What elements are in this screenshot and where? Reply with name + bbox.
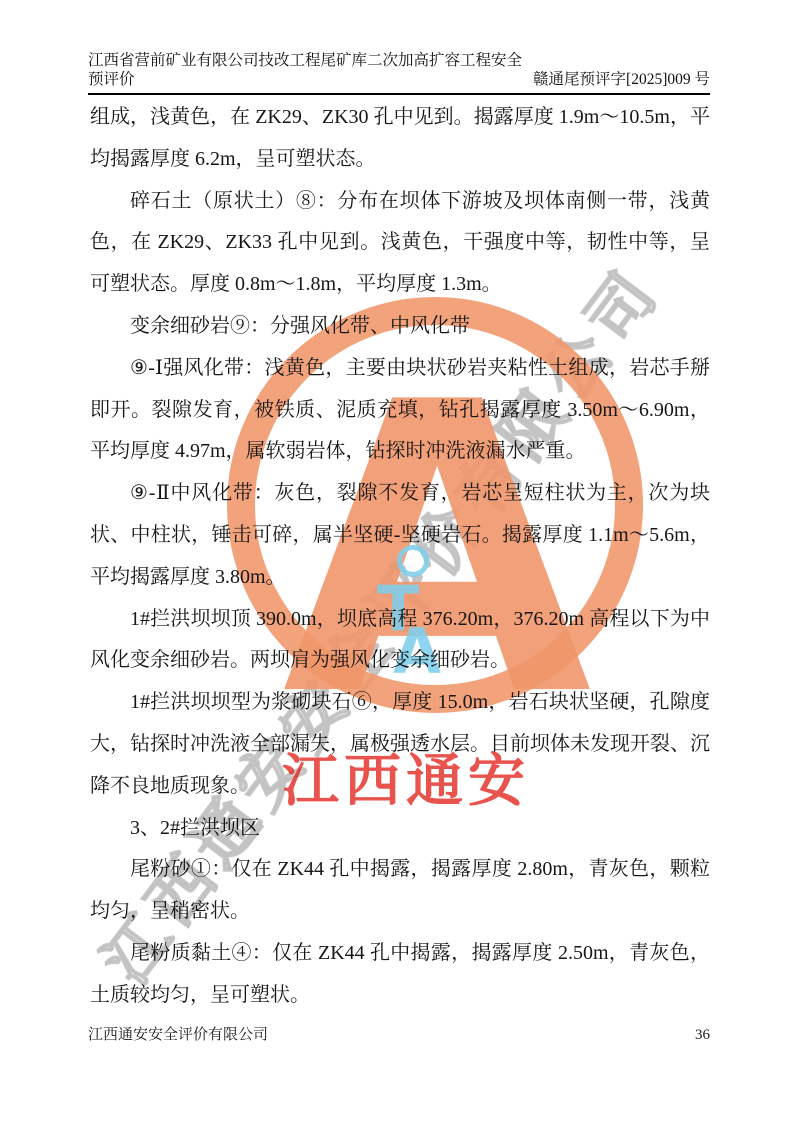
paragraph-2: 碎石土（原状土）⑧：分布在坝体下游坡及坝体南侧一带，浅黄色，在 ZK29、ZK3… [90,181,710,306]
document-body: 组成，浅黄色，在 ZK29、ZK30 孔中见到。揭露厚度 1.9m～10.5m，… [90,97,710,1017]
document-page: 江西通安安全评价有限公司 A T A 江西通安 江西省营前矿业有限公司技改工程尾… [0,0,793,1122]
paragraph-1: 组成，浅黄色，在 ZK29、ZK30 孔中见到。揭露厚度 1.9m～10.5m，… [90,97,710,181]
paragraph-7: 1#拦洪坝坝型为浆砌块石⑥，厚度 15.0m，岩石块状坚硬，孔隙度大，钻探时冲洗… [90,682,710,807]
page-header: 江西省营前矿业有限公司技改工程尾矿库二次加高扩容工程安全预评价 赣通尾预评字[2… [88,52,710,95]
footer-company: 江西通安安全评价有限公司 [88,1023,268,1044]
header-title: 江西省营前矿业有限公司技改工程尾矿库二次加高扩容工程安全预评价 [88,52,533,89]
paragraph-10: 尾粉质黏土④：仅在 ZK44 孔中揭露，揭露厚度 2.50m，青灰色，土质较均匀… [90,933,710,1017]
paragraph-6: 1#拦洪坝坝顶 390.0m，坝底高程 376.20m，376.20m 高程以下… [90,599,710,683]
header-doc-number: 赣通尾预评字[2025]009 号 [533,71,710,90]
paragraph-3: 变余细砂岩⑨：分强风化带、中风化带 [90,306,710,348]
paragraph-9: 尾粉砂①：仅在 ZK44 孔中揭露，揭露厚度 2.80m，青灰色，颗粒均匀，呈稍… [90,849,710,933]
page-footer: 江西通安安全评价有限公司 36 [88,1023,710,1044]
paragraph-5: ⑨-Ⅱ中风化带：灰色，裂隙不发育，岩芯呈短柱状为主，次为块状、中柱状，锤击可碎，… [90,473,710,598]
paragraph-4: ⑨-Ⅰ强风化带：浅黄色，主要由块状砂岩夹粘性土组成，岩芯手掰即开。裂隙发育，被铁… [90,348,710,473]
page-number: 36 [695,1027,710,1044]
paragraph-8: 3、2#拦洪坝区 [90,808,710,850]
